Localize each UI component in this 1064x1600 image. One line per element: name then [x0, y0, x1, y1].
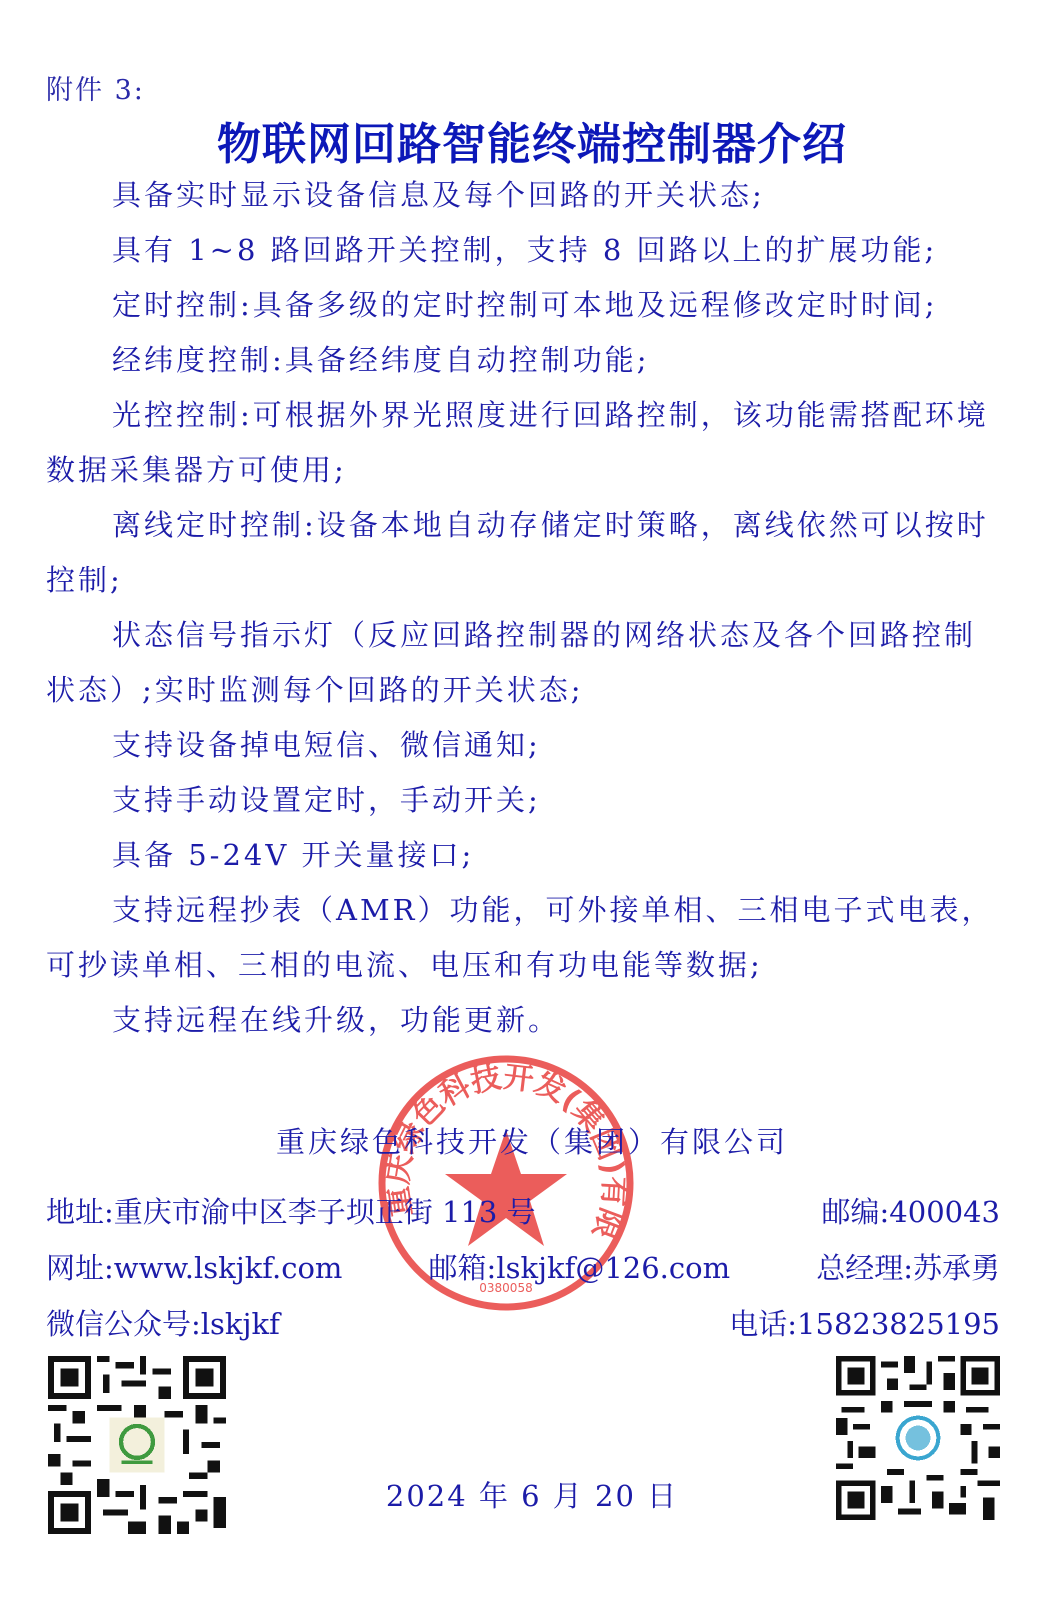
feature-list-item: 支持设备掉电短信、微信通知; — [46, 718, 1006, 773]
document-title: 物联网回路智能终端控制器介绍 — [0, 108, 1064, 172]
document-date: 2024 年 6 月 20 日 — [0, 1474, 1064, 1515]
feature-list-item: 定时控制:具备多级的定时控制可本地及远程修改定时时间; — [46, 278, 1006, 333]
feature-list-item: 支持手动设置定时，手动开关; — [46, 773, 1006, 828]
phone-number: 电话:15823825195 — [729, 1302, 1000, 1343]
website-link[interactable]: 网址:www.lskjkf.com — [46, 1246, 342, 1287]
feature-list-item: 支持远程抄表（AMR）功能，可外接单相、三相电子式电表，可抄读单相、三相的电流、… — [46, 883, 1006, 993]
company-name: 重庆绿色科技开发（集团）有限公司 — [0, 1120, 1064, 1161]
general-manager: 总经理:苏承勇 — [816, 1246, 1000, 1287]
feature-list-item: 经纬度控制:具备经纬度自动控制功能; — [46, 333, 1006, 388]
wechat-account: 微信公众号:lskjkf — [46, 1302, 280, 1343]
feature-list-item: 具备实时显示设备信息及每个回路的开关状态; — [46, 168, 1006, 223]
contact-row-web: 网址:www.lskjkf.com 邮箱:lskjkf@126.com 总经理:… — [46, 1246, 1000, 1287]
contact-row-address: 地址:重庆市渝中区李子坝正街 113 号 邮编:400043 — [46, 1190, 1000, 1231]
feature-list-item: 具备 5-24V 开关量接口; — [46, 828, 1006, 883]
feature-list-item: 具有 1~8 路回路开关控制，支持 8 回路以上的扩展功能; — [46, 223, 1006, 278]
feature-list-item: 光控控制:可根据外界光照度进行回路控制，该功能需搭配环境数据采集器方可使用; — [46, 388, 1006, 498]
postcode: 邮编:400043 — [822, 1190, 1000, 1231]
feature-list-item: 离线定时控制:设备本地自动存储定时策略，离线依然可以按时控制; — [46, 498, 1006, 608]
feature-list-item: 支持远程在线升级，功能更新。 — [46, 993, 1006, 1048]
email-link[interactable]: 邮箱:lskjkf@126.com — [429, 1246, 731, 1287]
attachment-label: 附件 3: — [46, 68, 145, 107]
address: 地址:重庆市渝中区李子坝正街 113 号 — [46, 1190, 536, 1231]
feature-list-item: 状态信号指示灯（反应回路控制器的网络状态及各个回路控制状态）;实时监测每个回路的… — [46, 608, 1006, 718]
contact-row-wechat: 微信公众号:lskjkf 电话:15823825195 — [46, 1302, 1000, 1343]
